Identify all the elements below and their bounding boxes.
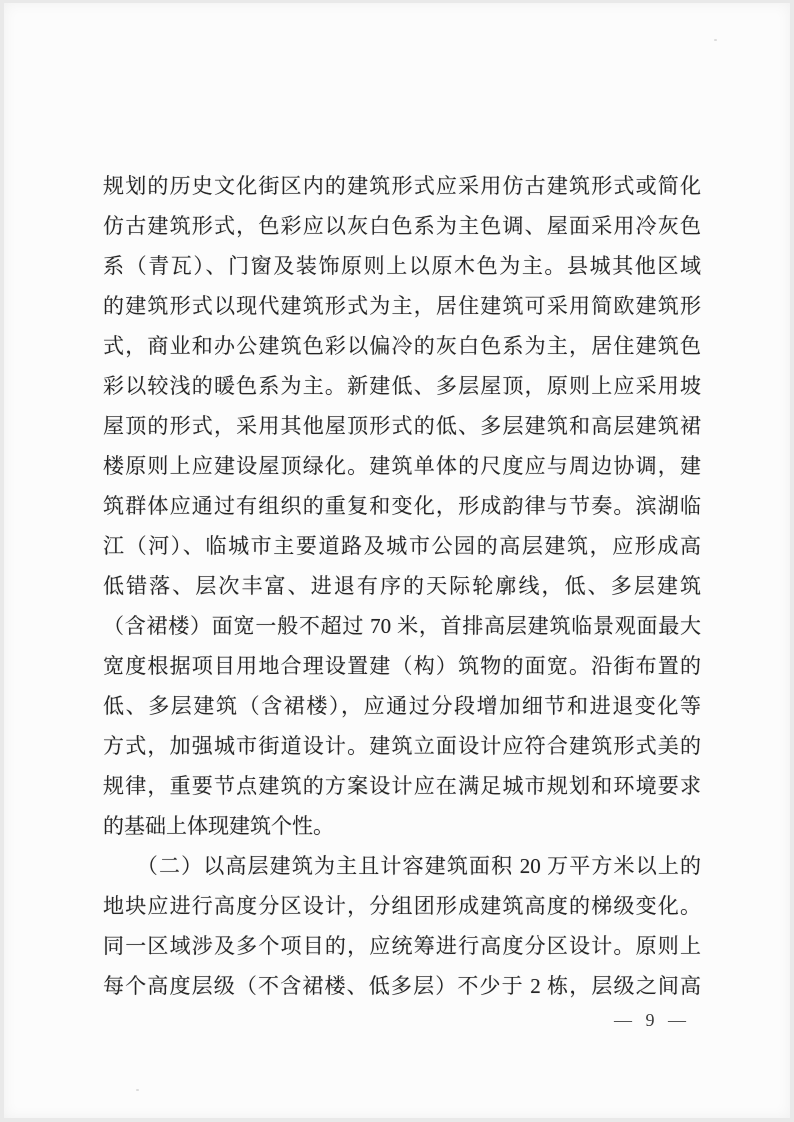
text-line: 规划的历史文化街区内的建筑形式应采用仿古建筑形式或简化	[103, 166, 701, 206]
body-text: 规划的历史文化街区内的建筑形式应采用仿古建筑形式或简化 仿古建筑形式，色彩应以灰…	[103, 166, 701, 1006]
text-line: 规律，重要节点建筑的方案设计应在满足城市规划和环境要求	[103, 766, 701, 806]
text-line: （二）以高层建筑为主且计容建筑面积 20 万平方米以上的	[103, 846, 701, 886]
text-line: 宽度根据项目用地合理设置建（构）筑物的面宽。沿街布置的	[103, 646, 701, 686]
text-line: 同一区域涉及多个项目的，应统筹进行高度分区设计。原则上	[103, 926, 701, 966]
paragraph-continued: 规划的历史文化街区内的建筑形式应采用仿古建筑形式或简化 仿古建筑形式，色彩应以灰…	[103, 166, 701, 846]
text-line: 每个高度层级（不含裙楼、低多层）不少于 2 栋，层级之间高	[103, 966, 701, 1006]
text-line: 屋顶的形式，采用其他屋顶形式的低、多层建筑和高层建筑裙	[103, 406, 701, 446]
text-line: 方式，加强城市街道设计。建筑立面设计应符合建筑形式美的	[103, 726, 701, 766]
scan-speck	[714, 39, 717, 41]
text-line: 系（青瓦）、门窗及装饰原则上以原木色为主。县城其他区域	[103, 246, 701, 286]
text-line: 筑群体应通过有组织的重复和变化，形成韵律与节奏。滨湖临	[103, 486, 701, 526]
text-line: 楼原则上应建设屋顶绿化。建筑单体的尺度应与周边协调，建	[103, 446, 701, 486]
text-line: 江（河）、临城市主要道路及城市公园的高层建筑，应形成高	[103, 526, 701, 566]
text-line: 式，商业和办公建筑色彩以偏冷的灰白色系为主，居住建筑色	[103, 326, 701, 366]
text-line: 仿古建筑形式，色彩应以灰白色系为主色调、屋面采用冷灰色	[103, 206, 701, 246]
paragraph-item-2: （二）以高层建筑为主且计容建筑面积 20 万平方米以上的 地块应进行高度分区设计…	[103, 846, 701, 1006]
text-line: 彩以较浅的暖色系为主。新建低、多层屋顶，原则上应采用坡	[103, 366, 701, 406]
page-number: — 9 —	[614, 1010, 688, 1031]
text-line: 的建筑形式以现代建筑形式为主，居住建筑可采用简欧建筑形	[103, 286, 701, 326]
text-line: 低错落、层次丰富、进退有序的天际轮廓线，低、多层建筑	[103, 566, 701, 606]
text-line: 低、多层建筑（含裙楼），应通过分段增加细节和进退变化等	[103, 686, 701, 726]
text-line: 的基础上体现建筑个性。	[103, 806, 701, 846]
scan-speck	[136, 1089, 139, 1091]
text-line: 地块应进行高度分区设计，分组团形成建筑高度的梯级变化。	[103, 886, 701, 926]
document-page: 规划的历史文化街区内的建筑形式应采用仿古建筑形式或简化 仿古建筑形式，色彩应以灰…	[4, 3, 790, 1118]
text-line: （含裙楼）面宽一般不超过 70 米，首排高层建筑临景观面最大	[103, 606, 701, 646]
